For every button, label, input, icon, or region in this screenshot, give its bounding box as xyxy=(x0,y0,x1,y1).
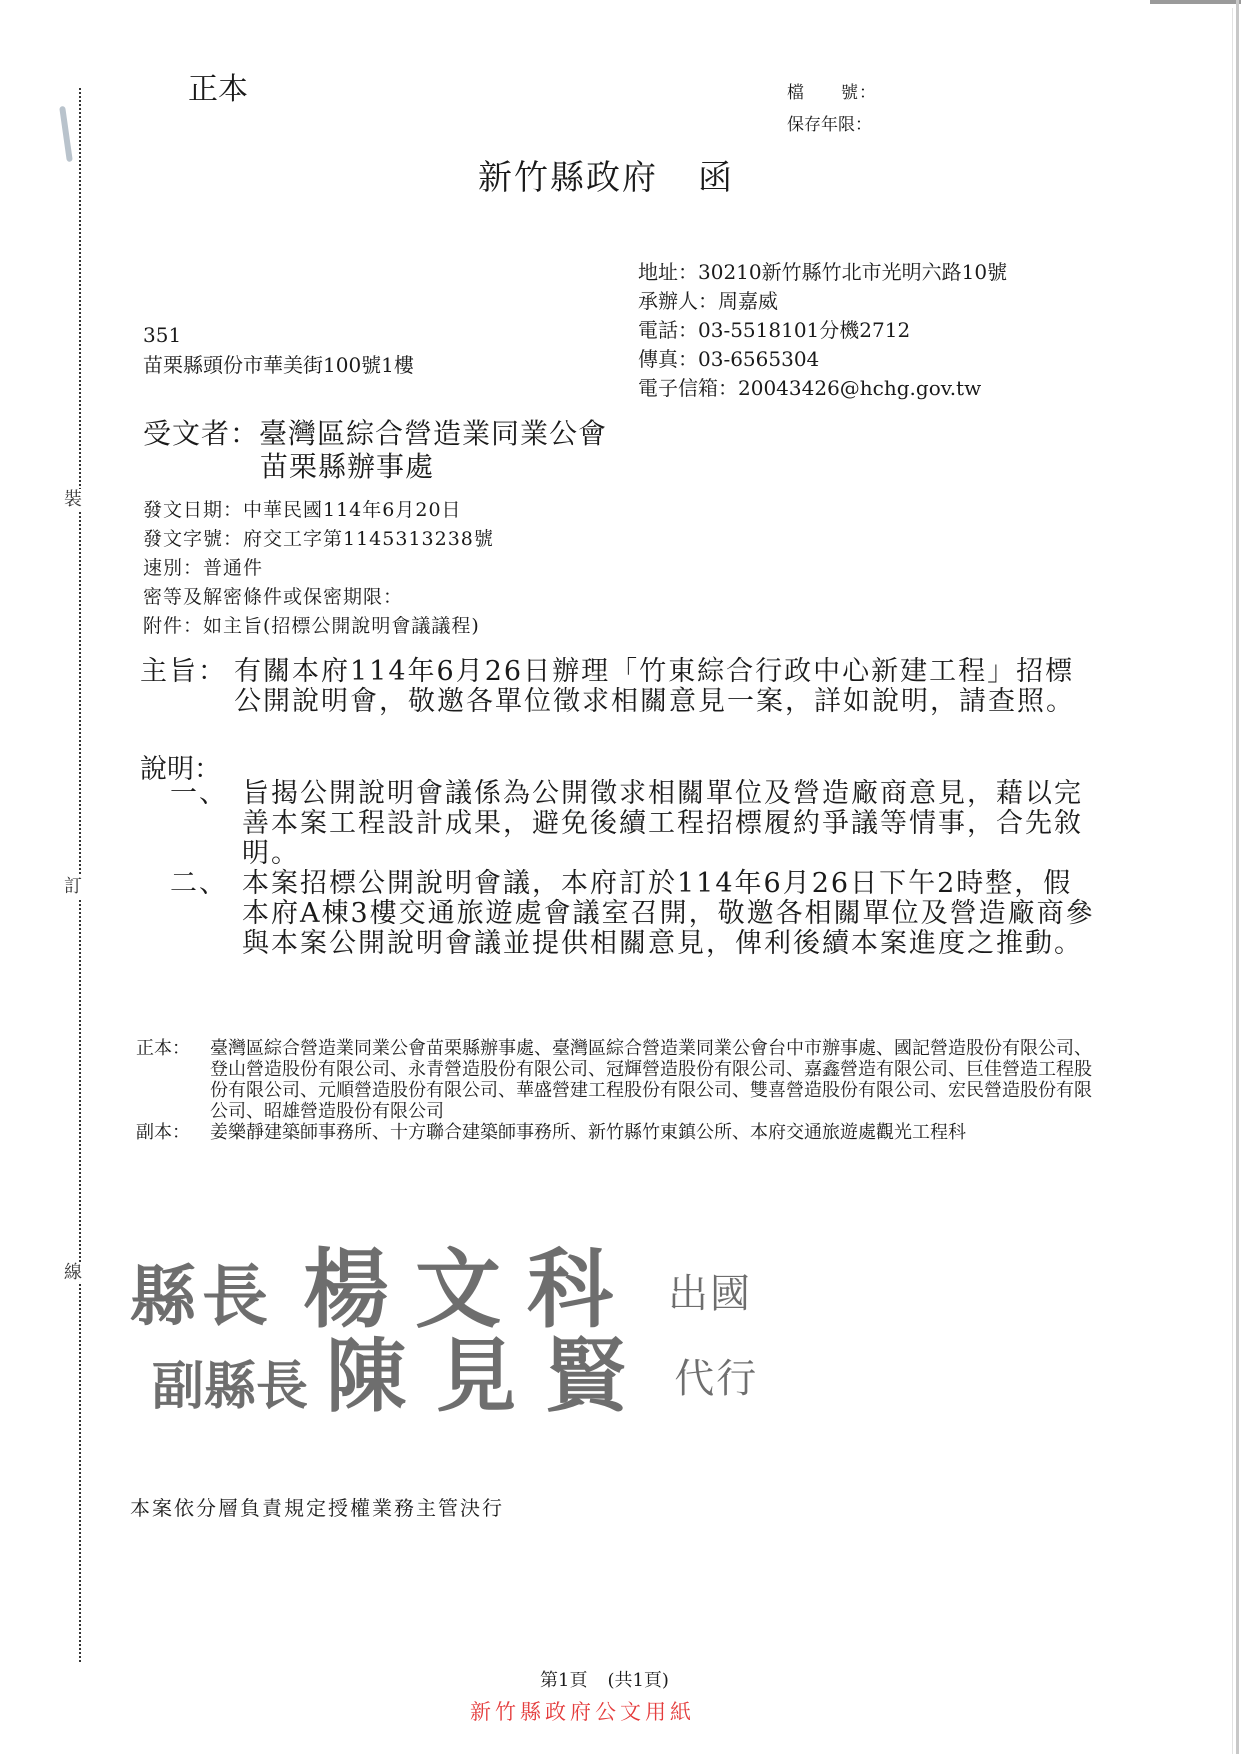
page-total: (共1頁) xyxy=(607,1670,669,1691)
binding-char-xian: 線 xyxy=(64,1262,82,1284)
explanation-list: 一、 旨揭公開說明會議係為公開徵求相關單位及營造廠商意見，藉以完善本案工程設計成… xyxy=(170,779,1100,959)
recipient-line1: 臺灣區綜合營造業同業公會 xyxy=(259,417,607,450)
scan-edge-top xyxy=(1150,0,1241,4)
document-type: 函 xyxy=(698,158,734,198)
attachment: 附件：如主旨(招標公開說明會議議程) xyxy=(143,612,494,641)
recipient-label: 受文者： xyxy=(143,417,259,450)
item-number: 一、 xyxy=(170,779,242,869)
scan-edge-right xyxy=(1236,0,1239,1754)
sender-email: 電子信箱：20043426@hchg.gov.tw xyxy=(638,374,1007,403)
deputy-note: 代行 xyxy=(674,1356,758,1402)
official-paper-mark: 新竹縣政府公文用紙 xyxy=(470,1696,695,1726)
magistrate-note: 出國 xyxy=(668,1271,752,1317)
deputy-title: 副縣長 xyxy=(152,1356,308,1417)
binding-char-zhuang: 裝 xyxy=(64,489,82,511)
sender-phone: 電話：03-5518101分機2712 xyxy=(638,316,1007,345)
sender-address: 地址：30210新竹縣竹北市光明六路10號 xyxy=(638,258,1007,287)
document-number: 發文字號：府交工字第1145313238號 xyxy=(143,525,494,554)
item-number: 二、 xyxy=(170,869,242,959)
delivery-speed: 速別：普通件 xyxy=(143,554,494,583)
magistrate-title: 縣長 xyxy=(130,1257,274,1335)
document-meta: 發文日期：中華民國114年6月20日 發文字號：府交工字第1145313238號… xyxy=(143,496,494,641)
secrecy-level: 密等及解密條件或保密期限： xyxy=(143,583,494,612)
subject-text: 有關本府114年6月26日辦理「竹東綜合行政中心新建工程」招標公開說明會，敬邀各… xyxy=(234,657,1100,717)
magistrate-name: 楊文科 xyxy=(303,1239,639,1340)
explanation-item: 一、 旨揭公開說明會議係為公開徵求相關單位及營造廠商意見，藉以完善本案工程設計成… xyxy=(170,779,1100,869)
page-current: 第1頁 xyxy=(540,1670,587,1691)
file-number-field: 檔號： xyxy=(787,78,877,103)
original-copy-recipients: 臺灣區綜合營造業同業公會苗栗縣辦事處、臺灣區綜合營造業同業公會台中市辦事處、國記… xyxy=(210,1038,1101,1122)
staple-mark xyxy=(59,106,73,162)
subject-section: 主旨： 有關本府114年6月26日辦理「竹東綜合行政中心新建工程」招標公開說明會… xyxy=(140,657,1100,717)
mailing-address: 苗栗縣頭份市華美街100號1樓 xyxy=(143,350,414,380)
postal-code: 351 xyxy=(143,320,414,350)
subject-label: 主旨： xyxy=(140,657,234,717)
recipient: 受文者：臺灣區綜合營造業同業公會 苗栗縣辦事處 xyxy=(143,417,607,483)
document-title: 新竹縣政府函 xyxy=(478,150,734,199)
item-text: 旨揭公開說明會議係為公開徵求相關單位及營造廠商意見，藉以完善本案工程設計成果，避… xyxy=(242,779,1100,869)
sender-info: 地址：30210新竹縣竹北市光明六路10號 承辦人：周嘉威 電話：03-5518… xyxy=(638,258,1007,403)
sender-handler: 承辦人：周嘉威 xyxy=(638,287,1007,316)
item-text: 本案招標公開說明會議，本府訂於114年6月26日下午2時整，假本府A棟3樓交通旅… xyxy=(242,869,1100,959)
file-number-label-b: 號： xyxy=(841,83,877,103)
copy-type: 正本 xyxy=(188,64,248,108)
distribution-list: 正本： 臺灣區綜合營造業同業公會苗栗縣辦事處、臺灣區綜合營造業同業公會台中市辦事… xyxy=(136,1038,1101,1143)
sender-fax: 傳真：03-6565304 xyxy=(638,345,1007,374)
carbon-copy-label: 副本： xyxy=(136,1122,210,1143)
explanation-item: 二、 本案招標公開說明會議，本府訂於114年6月26日下午2時整，假本府A棟3樓… xyxy=(170,869,1100,959)
original-copy-label: 正本： xyxy=(136,1038,210,1122)
carbon-copy-recipients: 姜樂靜建築師事務所、十方聯合建築師事務所、新竹縣竹東鎮公所、本府交通旅遊處觀光工… xyxy=(210,1122,1101,1143)
page-number: 第1頁(共1頁) xyxy=(540,1666,669,1692)
issue-date: 發文日期：中華民國114年6月20日 xyxy=(143,496,494,525)
deputy-name: 陳見賢 xyxy=(326,1329,656,1423)
binding-line xyxy=(79,88,81,1662)
agency-name: 新竹縣政府 xyxy=(478,158,658,198)
binding-char-ding: 訂 xyxy=(64,876,82,898)
recipient-line2: 苗栗縣辦事處 xyxy=(143,450,607,483)
recipient-mailing-address: 351 苗栗縣頭份市華美街100號1樓 xyxy=(143,320,414,380)
file-number-label-a: 檔 xyxy=(787,83,805,103)
signature-stamp: 縣長 楊文科 出國 副縣長 陳見賢 代行 xyxy=(130,1250,758,1427)
scan-edge-right-inner xyxy=(1232,8,1233,1754)
delegation-note: 本案依分層負責規定授權業務主管決行 xyxy=(130,1492,504,1521)
retention-period-field: 保存年限： xyxy=(787,110,872,135)
